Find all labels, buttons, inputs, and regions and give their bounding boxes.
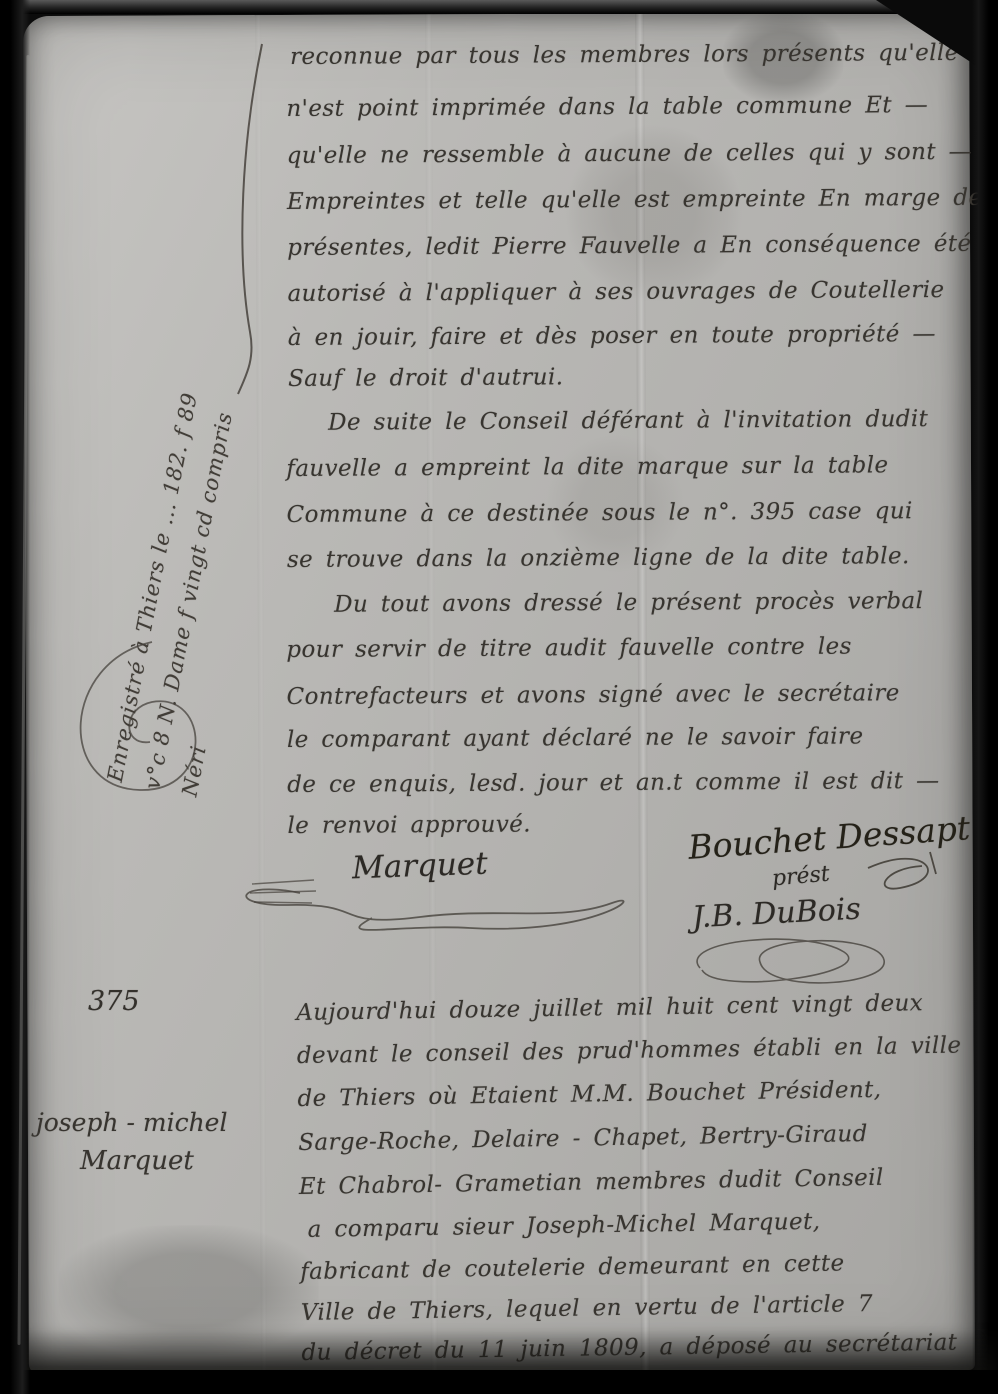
photo-edge-right xyxy=(972,0,998,1394)
photo-edge-bottom xyxy=(0,1370,998,1394)
manuscript-line: Contrefacteurs et avons signé avec le se… xyxy=(287,680,900,710)
manuscript-line: Empreintes et telle qu'elle est empreint… xyxy=(287,185,995,215)
margin-name-line: Marquet xyxy=(80,1146,194,1176)
manuscript-line: qu'elle ne ressemble à aucune de celles … xyxy=(287,139,973,169)
manuscript-line: à en jouir, faire et dès poser en toute … xyxy=(288,321,936,351)
signature-bouchet-title: prést xyxy=(771,862,831,892)
margin-name-line: joseph - michel xyxy=(36,1108,227,1137)
manuscript-line: fauvelle a empreint la dite marque sur l… xyxy=(286,452,888,482)
entry-number: 375 xyxy=(88,986,140,1017)
photo-edge-top xyxy=(0,0,998,14)
manuscript-line: pour servir de titre audit fauvelle cont… xyxy=(286,634,852,663)
page-bottom-shadow xyxy=(0,1328,998,1376)
manuscript-line: de ce enquis, lesd. jour et an.t comme i… xyxy=(287,768,939,798)
manuscript-line: reconnue par tous les membres lors prése… xyxy=(290,40,959,70)
manuscript-line: De suite le Conseil déférant à l'invitat… xyxy=(328,406,928,436)
manuscript-line: le renvoi approuvé. xyxy=(287,812,531,839)
photo-background: Enregistré à Thiers le ... 182. f 89 v°c… xyxy=(0,0,998,1394)
manuscript-line: présentes, ledit Pierre Fauvelle a En co… xyxy=(287,231,971,261)
manuscript-line: Du tout avons dressé le présent procès v… xyxy=(334,588,923,618)
signature-marquet: Marquet xyxy=(351,846,488,887)
manuscript-line: Sauf le droit d'autrui. xyxy=(288,364,564,392)
manuscript-line: se trouve dans la onzième ligne de la di… xyxy=(287,543,910,573)
manuscript-line: autorisé à l'appliquer à ses ouvrages de… xyxy=(287,277,944,307)
manuscript-line: le comparant ayant déclaré ne le savoir … xyxy=(287,723,864,753)
manuscript-line: n'est point imprimée dans la table commu… xyxy=(286,92,928,122)
manuscript-line: Commune à ce destinée sous le n°. 395 ca… xyxy=(287,498,913,528)
